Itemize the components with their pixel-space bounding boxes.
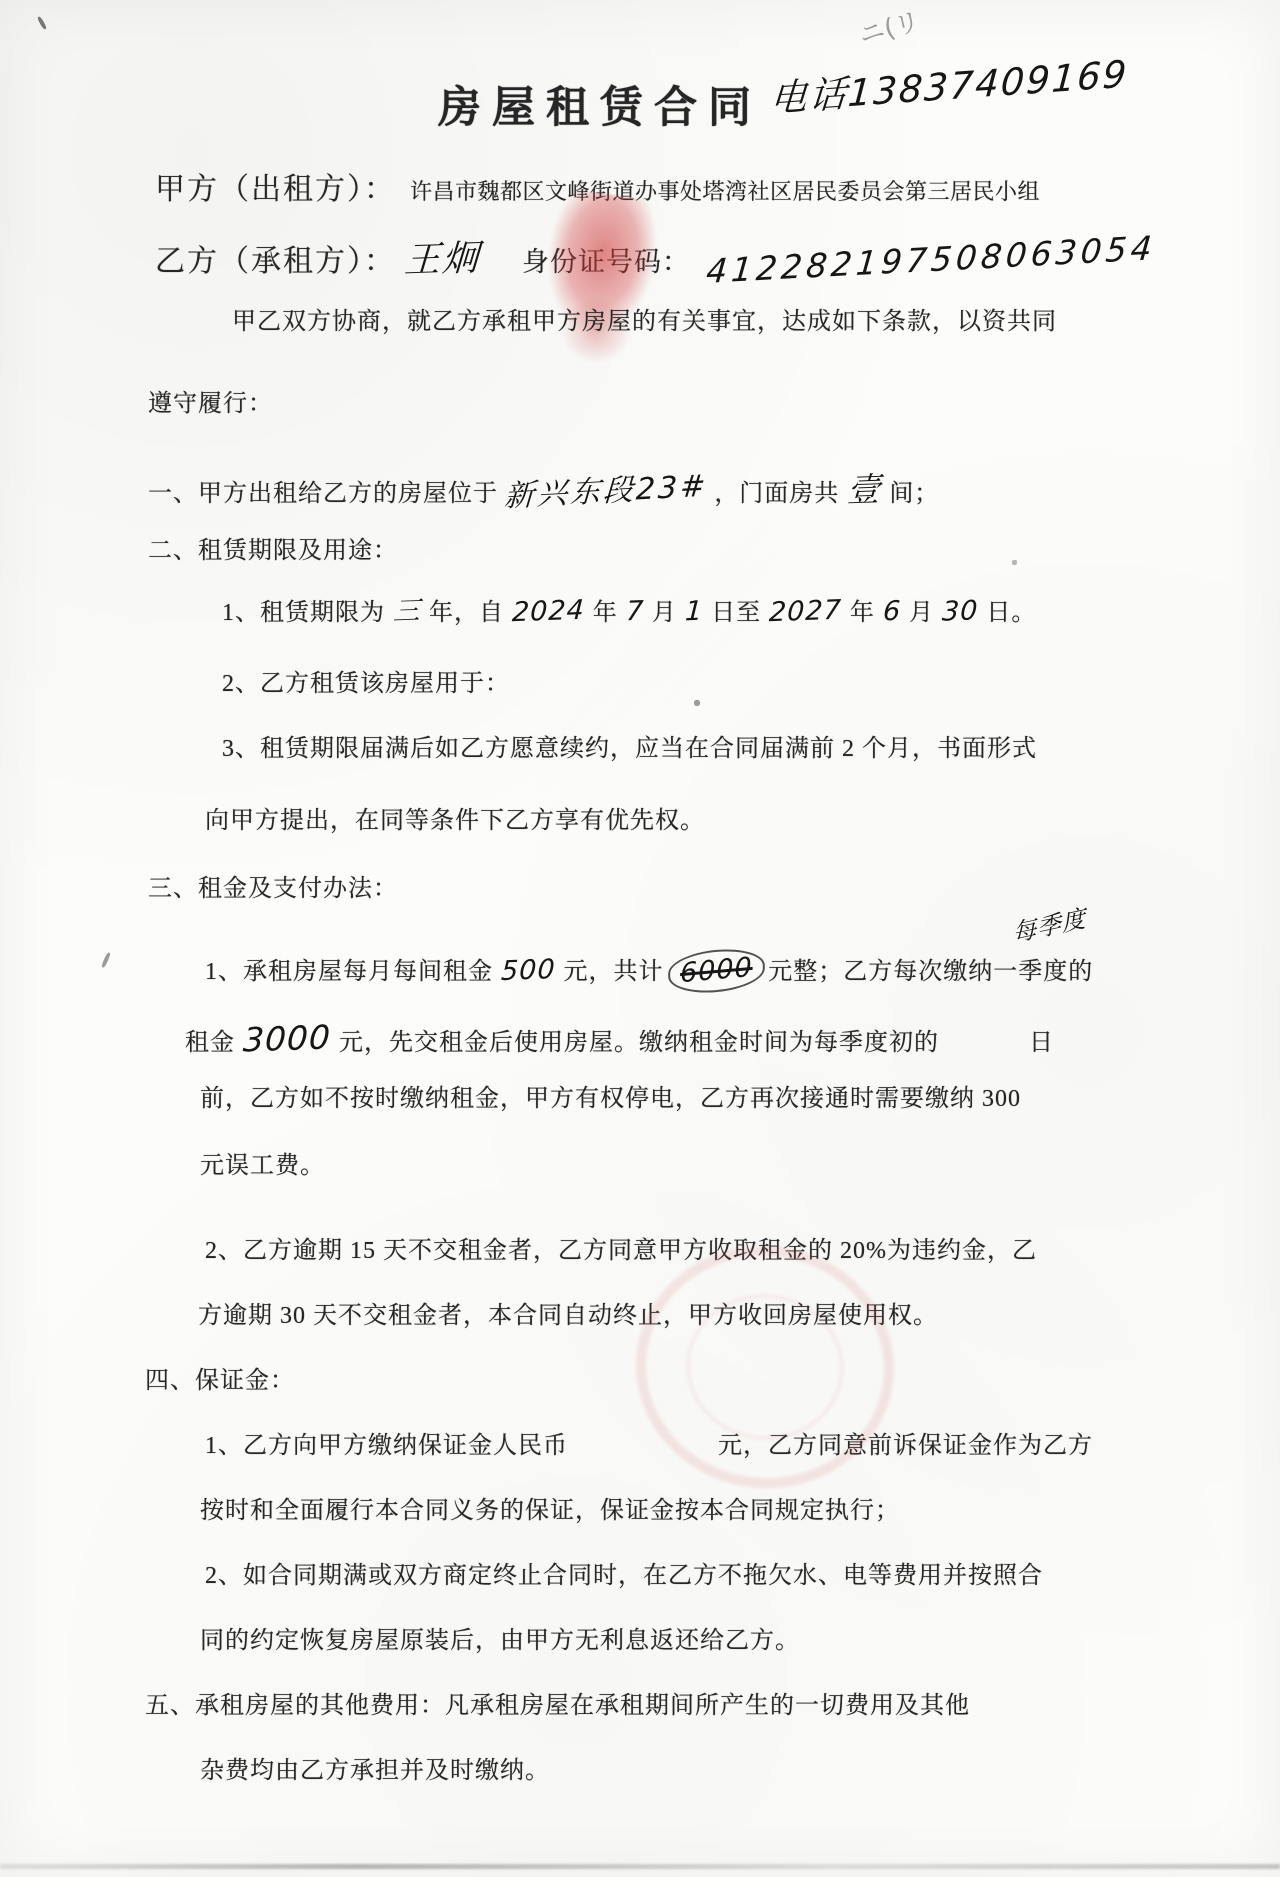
quarter-rent-handwriting: 3000 bbox=[242, 1015, 332, 1063]
contract-title: 房屋租赁合同 bbox=[438, 74, 762, 135]
clause-3-item-1-line-2: 租金3000元，先交租金后使用房屋。缴纳租金时间为每季度初的日 bbox=[185, 1017, 1054, 1062]
quarterly-note-handwriting: 每季度 bbox=[1011, 902, 1088, 950]
lease-term-text: 年 bbox=[850, 600, 875, 626]
scan-edge-line bbox=[0, 1864, 1280, 1869]
lease-term-text: 日。 bbox=[986, 600, 1036, 626]
clause-3-item-1-line-4: 元误工费。 bbox=[200, 1150, 325, 1182]
clause-2-item-2: 2、乙方租赁该房屋用于： bbox=[222, 668, 510, 700]
clause-4-item-1-line-1: 1、乙方向甲方缴纳保证金人民币元，乙方同意前诉保证金作为乙方 bbox=[205, 1430, 1093, 1462]
clause-5-line-1: 五、承租房屋的其他费用：凡承租房屋在承租期间所产生的一切费用及其他 bbox=[145, 1690, 970, 1722]
rent-text: 1、承租房屋每月每间租金 bbox=[205, 959, 493, 985]
lease-years-handwriting: 三 bbox=[392, 593, 422, 631]
rent-text: 元，共计 bbox=[564, 959, 664, 985]
lease-term-text: 年，自 bbox=[429, 600, 504, 626]
clause-4-item-1-line-2: 按时和全面履行本合同义务的保证，保证金按本合同规定执行； bbox=[200, 1495, 900, 1527]
scan-speck bbox=[101, 952, 111, 968]
party-b-label: 乙方（承租方）： bbox=[155, 245, 396, 278]
preamble-line-2: 遵守履行： bbox=[148, 388, 273, 420]
tenant-name-handwriting: 王炯 bbox=[403, 235, 482, 286]
clause-2-heading: 二、租赁期限及用途： bbox=[148, 535, 398, 567]
lease-term-text: 月 bbox=[652, 600, 677, 626]
clause-1-suffix: 间； bbox=[889, 481, 939, 507]
clause-3-heading: 三、租金及支付办法： bbox=[148, 873, 398, 905]
property-location-handwriting: 新兴东段23# bbox=[503, 467, 709, 518]
end-year-handwriting: 2027 bbox=[768, 593, 843, 632]
crossed-out-total-handwriting: 6000 bbox=[668, 946, 764, 997]
rent-text: 日 bbox=[1029, 1030, 1054, 1056]
lease-term-text: 月 bbox=[909, 600, 934, 626]
clause-3-item-1-line-3: 前，乙方如不按时缴纳租金，甲方有权停电，乙方再次接通时需要缴纳 300 bbox=[200, 1083, 1021, 1115]
clause-4-heading: 四、保证金： bbox=[145, 1365, 295, 1397]
phone-number-handwriting: 电话13837409169 bbox=[769, 43, 1131, 122]
end-month-handwriting: 6 bbox=[882, 594, 902, 631]
rent-text: 元整；乙方每次缴纳 bbox=[768, 959, 993, 985]
start-month-handwriting: 7 bbox=[625, 594, 645, 631]
rent-text: 元，先交租金后使用房屋。缴纳租金时间为每季度初的 bbox=[339, 1030, 939, 1056]
clause-3-item-1-line-1: 1、承租房屋每月每间租金500元，共计6000元整；乙方每次缴纳一季度的 每季度 bbox=[205, 950, 1093, 992]
clause-1-line: 一、甲方出租给乙方的房屋位于新兴东段23#，门面房共壹间； bbox=[148, 468, 939, 513]
party-a-value: 许昌市魏都区文峰街道办事处塔湾社区居民委员会第三居民小组 bbox=[410, 179, 1040, 204]
monthly-rent-handwriting: 500 bbox=[500, 952, 556, 990]
clause-4-item-2-line-1: 2、如合同期满或双方商定终止合同时，在乙方不拖欠水、电等费用并按照合 bbox=[205, 1560, 1043, 1592]
scan-speck bbox=[1012, 560, 1017, 565]
preamble-line-1: 甲乙双方协商，就乙方承租甲方房屋的有关事宜，达成如下条款，以资共同 bbox=[232, 306, 1057, 338]
start-day-handwriting: 1 bbox=[684, 594, 704, 631]
scan-speck bbox=[37, 16, 47, 30]
clause-3-item-2-line-1: 2、乙方逾期 15 天不交租金者，乙方同意甲方收取租金的 20%为违约金，乙 bbox=[205, 1235, 1037, 1267]
clause-1-prefix: 一、甲方出租给乙方的房屋位于 bbox=[148, 481, 498, 507]
clause-4-item-2-line-2: 同的约定恢复房屋原装后，由甲方无利息返还给乙方。 bbox=[200, 1625, 800, 1657]
party-a-label: 甲方（出租方）： bbox=[155, 173, 396, 206]
clause-2-item-3-line-1: 3、租赁期限届满后如乙方愿意续约，应当在合同届满前 2 个月，书面形式 bbox=[222, 733, 1037, 765]
rent-text: 租金 bbox=[185, 1030, 235, 1056]
clause-1-mid: ，门面房共 bbox=[714, 481, 839, 507]
end-day-handwriting: 30 bbox=[941, 593, 979, 631]
contract-scan-page: ニ(リ 房屋租赁合同 电话13837409169 甲方（出租方）：许昌市魏都区文… bbox=[0, 0, 1280, 1877]
lease-term-text: 年 bbox=[593, 600, 618, 626]
clause-2-item-1: 1、租赁期限为三年，自2024年7月1日至2027年6月30日。 bbox=[222, 594, 1036, 630]
start-year-handwriting: 2024 bbox=[511, 593, 586, 632]
lease-term-text: 1、租赁期限为 bbox=[222, 600, 385, 626]
corner-scribble-handwriting: ニ(リ bbox=[854, 1, 923, 52]
clause-2-item-3-line-2: 向甲方提出，在同等条件下乙方享有优先权。 bbox=[205, 805, 705, 837]
faint-round-stamp-inner bbox=[679, 1286, 851, 1448]
id-number-handwriting: 412282197508063054 bbox=[704, 226, 1157, 294]
clause-5-line-2: 杂费均由乙方承担并及时缴纳。 bbox=[200, 1755, 550, 1787]
deposit-text: 1、乙方向甲方缴纳保证金人民币 bbox=[205, 1433, 568, 1459]
room-count-handwriting: 壹 bbox=[846, 467, 882, 513]
scan-speck bbox=[694, 700, 700, 706]
rent-text: 一季度的 bbox=[993, 959, 1093, 985]
lease-term-text: 日至 bbox=[711, 600, 761, 626]
